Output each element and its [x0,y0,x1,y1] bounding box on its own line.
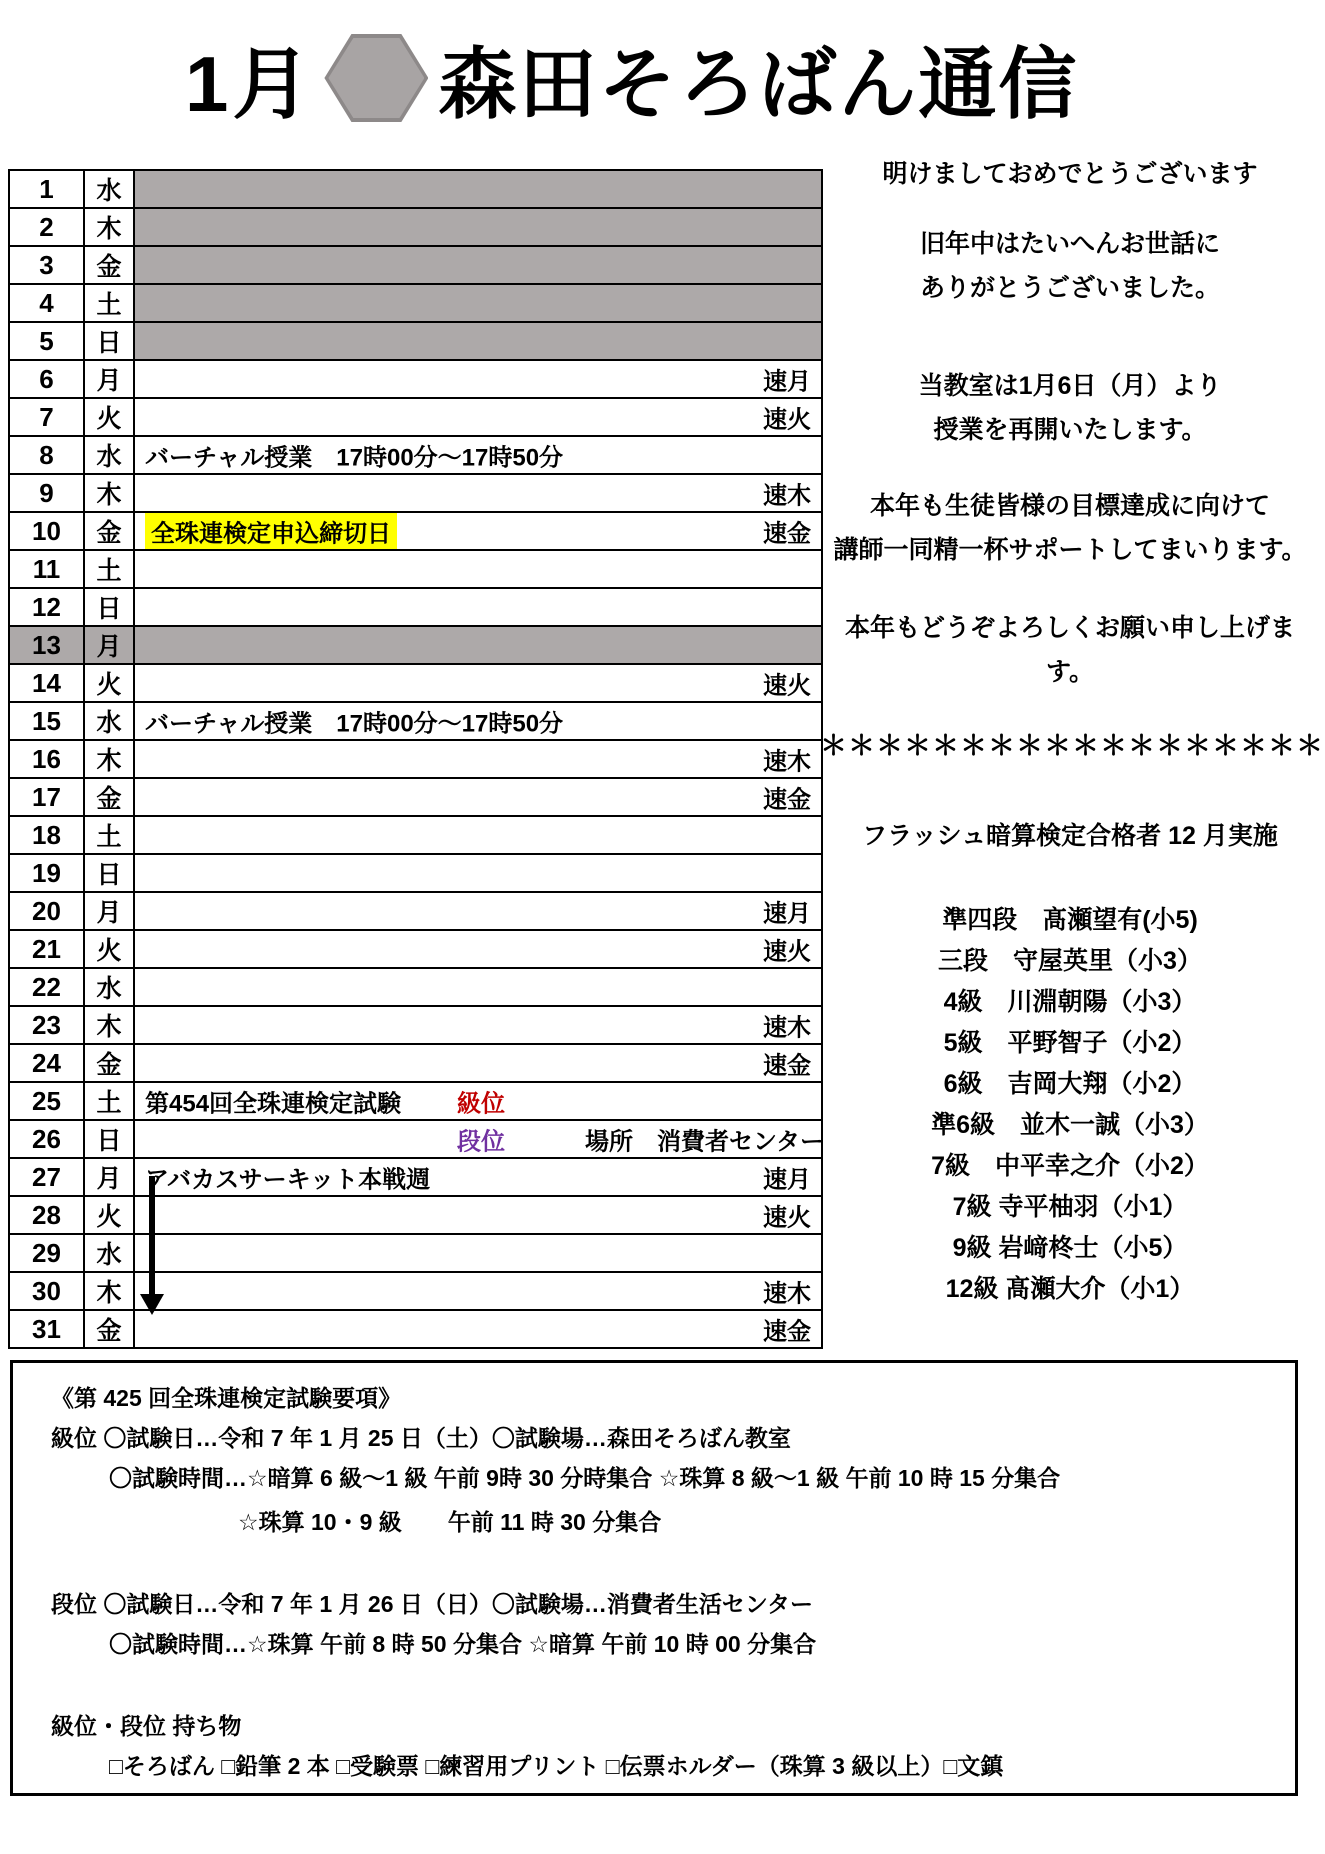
weekday-label: 火 [84,930,134,968]
weekday-label: 日 [84,1120,134,1158]
day-content-cell: 速火 [134,398,822,436]
day-number: 25 [9,1082,84,1120]
weekday-label: 月 [84,892,134,930]
day-content-cell: 速月 [134,360,822,398]
exam-info-box: 《第 425 回全珠連検定試験要項》級位 〇試験日…令和 7 年 1 月 25 … [10,1360,1298,1796]
calendar-row-27: 27月アバカスサーキット本戦週速月 [9,1158,822,1196]
weekday-label: 木 [84,208,134,246]
passer-item: 準四段 髙瀬望有(小5) [820,900,1320,941]
day-number: 10 [9,512,84,550]
exam-info-line: 段位 〇試験日…令和 7 年 1 月 26 日（日）〇試験場…消費者生活センター [13,1589,1295,1619]
weekday-label: 水 [84,702,134,740]
class-code-label: 速金 [763,780,811,815]
day-content-cell: アバカスサーキット本戦週速月 [134,1158,822,1196]
newsletter-page: { "title": { "month": "1月", "name": "森田そ… [0,0,1325,1854]
day-number: 7 [9,398,84,436]
exam-info-line: 級位 〇試験日…令和 7 年 1 月 25 日（土）〇試験場…森田そろばん教室 [13,1423,1295,1453]
day-number: 11 [9,550,84,588]
passer-item: 5級 平野智子（小2） [820,1023,1320,1064]
day-number: 1 [9,170,84,208]
weekday-label: 月 [84,626,134,664]
passers-heading: フラッシュ暗算検定合格者 12 月実施 [820,814,1320,858]
greeting-line: ありがとうございました。 [820,266,1320,310]
passer-item: 7級 中平幸之介（小2） [820,1146,1320,1187]
day-content-cell [134,550,822,588]
day-content-cell: 速金 [134,1044,822,1082]
class-code-label: 速木 [763,742,811,777]
weekday-label: 木 [84,1272,134,1310]
day-number: 23 [9,1006,84,1044]
weekday-label: 水 [84,968,134,1006]
calendar-row-16: 16木速木 [9,740,822,778]
day-number: 3 [9,246,84,284]
day-content-cell: バーチャル授業 17時00分～17時50分 [134,702,822,740]
class-code-label: 速月 [763,362,811,397]
day-content-cell [134,626,822,664]
passer-item: 6級 吉岡大翔（小2） [820,1064,1320,1105]
passers-list: 準四段 髙瀬望有(小5)三段 守屋英里（小3）4級 川淵朝陽（小3）5級 平野智… [820,900,1320,1310]
day-number: 19 [9,854,84,892]
day-content-cell: 第454回全珠連検定試験級位 [134,1082,822,1120]
weekday-label: 金 [84,778,134,816]
day-number: 14 [9,664,84,702]
calendar-row-23: 23木速木 [9,1006,822,1044]
greeting-paragraph: 当教室は1月6日（月）より授業を再開いたします。 [820,364,1320,452]
exam-info-line: 〇試験時間…☆珠算 午前 8 時 50 分集合 ☆暗算 午前 10 時 00 分… [13,1629,1295,1659]
day-content-cell: 速木 [134,1006,822,1044]
weekday-label: 日 [84,854,134,892]
exam-info-line: ☆珠算 10・9 級 午前 11 時 30 分集合 [13,1507,1295,1537]
passer-item: 三段 守屋英里（小3） [820,941,1320,982]
greeting-paragraph: 本年も生徒皆様の目標達成に向けて講師一同精一杯サポートしてまいります。 [820,484,1320,572]
greeting-line: 旧年中はたいへんお世話に [820,222,1320,266]
calendar-row-28: 28火速火 [9,1196,822,1234]
calendar-row-31: 31金速金 [9,1310,822,1348]
passer-item: 準6級 並木一誠（小3） [820,1105,1320,1146]
weekday-label: 水 [84,170,134,208]
class-code-label: 速金 [763,514,811,549]
passer-item: 9級 岩﨑柊士（小5） [820,1228,1320,1269]
exam-info-line: 《第 425 回全珠連検定試験要項》 [13,1383,1295,1413]
day-number: 6 [9,360,84,398]
day-content-cell [134,170,822,208]
greeting-line: 講師一同精一杯サポートしてまいります。 [820,528,1320,572]
calendar-row-22: 22水 [9,968,822,1006]
day-content-cell [134,208,822,246]
day-number: 8 [9,436,84,474]
calendar-row-7: 7火速火 [9,398,822,436]
weekday-label: 火 [84,1196,134,1234]
calendar-row-19: 19日 [9,854,822,892]
day-content-cell: 速火 [134,664,822,702]
day-content-cell: バーチャル授業 17時00分～17時50分 [134,436,822,474]
weekday-label: 土 [84,816,134,854]
event-text: アバカスサーキット本戦週 [145,1160,430,1195]
class-code-label: 速金 [763,1312,811,1347]
day-number: 26 [9,1120,84,1158]
exam-info-line: 級位・段位 持ち物 [13,1711,1295,1741]
day-content-cell [134,322,822,360]
calendar-row-30: 30木速木 [9,1272,822,1310]
newsletter-title: 1月 森田そろばん通信 [185,22,1078,134]
calendar-row-24: 24金速金 [9,1044,822,1082]
calendar-row-3: 3金 [9,246,822,284]
class-code-label: 速火 [763,1198,811,1233]
weekday-label: 水 [84,436,134,474]
day-content-cell: 速火 [134,1196,822,1234]
weekday-label: 土 [84,1082,134,1120]
hexagon-icon [324,34,428,122]
calendar-row-5: 5日 [9,322,822,360]
calendar-row-2: 2木 [9,208,822,246]
calendar-row-12: 12日 [9,588,822,626]
day-number: 20 [9,892,84,930]
greeting-paragraph: 旧年中はたいへんお世話にありがとうございました。 [820,222,1320,310]
weekday-label: 金 [84,1310,134,1348]
calendar-row-29: 29水 [9,1234,822,1272]
title-name: 森田そろばん通信 [438,22,1078,134]
greeting-line: 本年も生徒皆様の目標達成に向けて [820,484,1320,528]
class-code-label: 速木 [763,476,811,511]
day-content-cell [134,968,822,1006]
class-code-label: 速火 [763,666,811,701]
calendar-row-25: 25土第454回全珠連検定試験級位 [9,1082,822,1120]
day-number: 18 [9,816,84,854]
day-number: 24 [9,1044,84,1082]
day-number: 29 [9,1234,84,1272]
calendar-row-10: 10金全珠連検定申込締切日速金 [9,512,822,550]
schedule-arrow-head-icon [140,1294,164,1315]
weekday-label: 金 [84,1044,134,1082]
weekday-label: 火 [84,664,134,702]
day-content-cell [134,246,822,284]
weekday-label: 月 [84,1158,134,1196]
day-content-cell: 全珠連検定申込締切日速金 [134,512,822,550]
greeting-line: 当教室は1月6日（月）より [820,364,1320,408]
day-content-cell: 速火 [134,930,822,968]
class-code-label: 速月 [763,894,811,929]
day-number: 17 [9,778,84,816]
calendar-row-17: 17金速金 [9,778,822,816]
divider-stars: ＊＊＊＊＊＊＊＊＊＊＊＊＊＊＊＊＊＊＊＊ [820,724,1320,768]
day-content-cell: 段位場所 消費者センター [134,1120,822,1158]
event-text: バーチャル授業 17時00分～17時50分 [145,704,563,739]
weekday-label: 木 [84,740,134,778]
day-content-cell [134,854,822,892]
title-month: 1月 [185,22,314,134]
calendar-row-4: 4土 [9,284,822,322]
schedule-arrow [149,1176,155,1294]
greeting-paragraphs: 明けましておめでとうございます旧年中はたいへんお世話にありがとうございました。当… [820,152,1320,694]
weekday-label: 金 [84,512,134,550]
day-number: 31 [9,1310,84,1348]
calendar-row-21: 21火速火 [9,930,822,968]
exam-info-line: 〇試験時間…☆暗算 6 級～1 級 午前 9時 30 分時集合 ☆珠算 8 級～… [13,1463,1295,1493]
calendar-body: 1水2木3金4土5日6月速月7火速火8水バーチャル授業 17時00分～17時50… [9,170,822,1348]
day-number: 16 [9,740,84,778]
day-number: 21 [9,930,84,968]
calendar-row-8: 8水バーチャル授業 17時00分～17時50分 [9,436,822,474]
day-content-cell: 速木 [134,474,822,512]
deadline-highlight: 全珠連検定申込締切日 [145,512,397,550]
day-content-cell: 速木 [134,1272,822,1310]
day-number: 9 [9,474,84,512]
weekday-label: 土 [84,284,134,322]
calendar-row-11: 11土 [9,550,822,588]
calendar-row-14: 14火速火 [9,664,822,702]
day-number: 28 [9,1196,84,1234]
calendar-row-26: 26日段位場所 消費者センター [9,1120,822,1158]
day-content-cell [134,588,822,626]
dani-label: 段位 [457,1122,505,1157]
kyui-label: 級位 [457,1084,505,1119]
event-text: バーチャル授業 17時00分～17時50分 [145,438,563,473]
greeting-line: 明けましておめでとうございます [820,152,1320,196]
day-number: 22 [9,968,84,1006]
day-content-cell: 速木 [134,740,822,778]
day-number: 15 [9,702,84,740]
day-number: 27 [9,1158,84,1196]
greeting-line: 授業を再開いたします。 [820,408,1320,452]
day-content-cell [134,816,822,854]
weekday-label: 土 [84,550,134,588]
class-code-label: 速月 [763,1160,811,1195]
day-content-cell [134,1234,822,1272]
event-text: 第454回全珠連検定試験 [145,1084,401,1119]
weekday-label: 木 [84,1006,134,1044]
weekday-label: 火 [84,398,134,436]
greeting-column: 明けましておめでとうございます旧年中はたいへんお世話にありがとうございました。当… [820,152,1320,1310]
day-number: 5 [9,322,84,360]
weekday-label: 木 [84,474,134,512]
class-code-label: 速木 [763,1008,811,1043]
weekday-label: 月 [84,360,134,398]
class-code-label: 速火 [763,932,811,967]
calendar-row-18: 18土 [9,816,822,854]
greeting-line: 本年もどうぞよろしくお願い申し上げま [820,606,1320,650]
day-number: 2 [9,208,84,246]
day-content-cell: 速金 [134,778,822,816]
day-content-cell: 速月 [134,892,822,930]
day-content-cell [134,284,822,322]
calendar-row-6: 6月速月 [9,360,822,398]
passer-item: 4級 川淵朝陽（小3） [820,982,1320,1023]
weekday-label: 水 [84,1234,134,1272]
calendar-row-1: 1水 [9,170,822,208]
greeting-paragraph: 本年もどうぞよろしくお願い申し上げます。 [820,606,1320,694]
calendar-row-15: 15水バーチャル授業 17時00分～17時50分 [9,702,822,740]
weekday-label: 金 [84,246,134,284]
exam-info-line: □そろばん □鉛筆 2 本 □受験票 □練習用プリント □伝票ホルダー（珠算 3… [13,1751,1295,1781]
day-number: 12 [9,588,84,626]
class-code-label: 速火 [763,400,811,435]
day-number: 30 [9,1272,84,1310]
day-number: 13 [9,626,84,664]
greeting-paragraph: 明けましておめでとうございます [820,152,1320,196]
day-number: 4 [9,284,84,322]
weekday-label: 日 [84,322,134,360]
greeting-line: す。 [820,650,1320,694]
calendar-row-20: 20月速月 [9,892,822,930]
passer-item: 7級 寺平柚羽（小1） [820,1187,1320,1228]
class-code-label: 速金 [763,1046,811,1081]
calendar-table: 1水2木3金4土5日6月速月7火速火8水バーチャル授業 17時00分～17時50… [8,169,823,1349]
class-code-label: 速木 [763,1274,811,1309]
day-content-cell: 速金 [134,1310,822,1348]
weekday-label: 日 [84,588,134,626]
venue-text: 場所 消費者センター [585,1122,822,1157]
calendar-row-9: 9木速木 [9,474,822,512]
calendar: 1水2木3金4土5日6月速月7火速火8水バーチャル授業 17時00分～17時50… [8,169,815,1349]
passer-item: 12級 髙瀬大介（小1） [820,1269,1320,1310]
calendar-row-13: 13月 [9,626,822,664]
